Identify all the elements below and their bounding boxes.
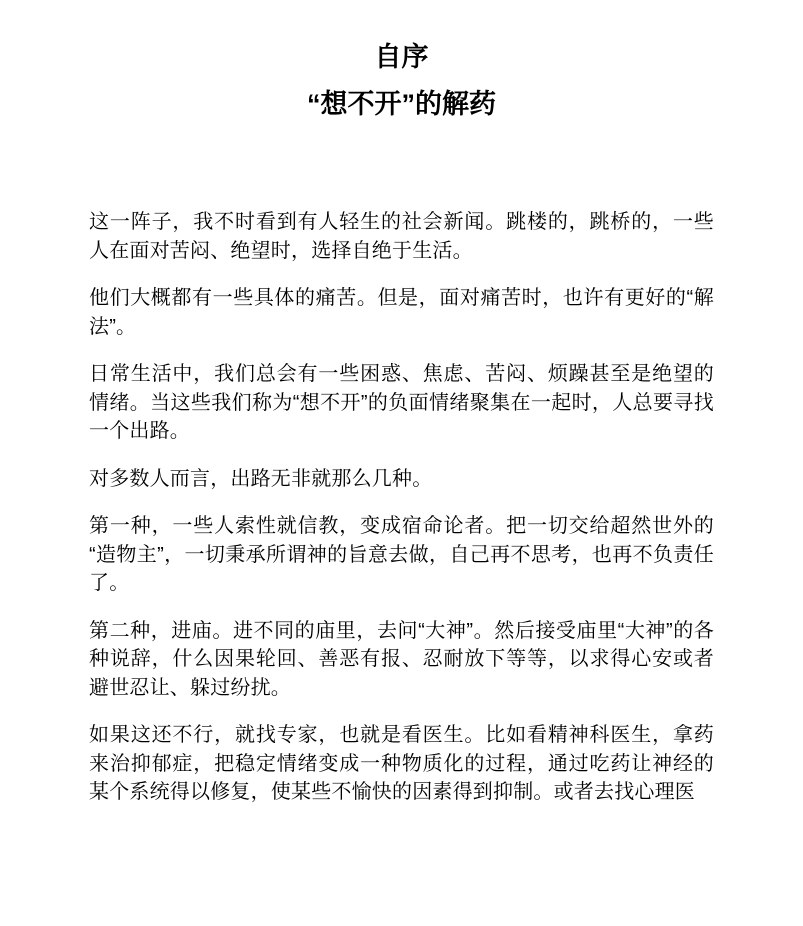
body-paragraph: 第一种，一些人索性就信教，变成宿命论者。把一切交给超然世外的“造物主”，一切秉承… (89, 512, 714, 598)
document-page: 自序 “想不开”的解药 这一阵子，我不时看到有人轻生的社会新闻。跳楼的，跳桥的，… (0, 0, 803, 926)
page-subtitle: “想不开”的解药 (89, 88, 714, 120)
body-paragraph: 日常生活中，我们总会有一些困惑、焦虑、苦闷、烦躁甚至是绝望的情绪。当这些我们称为… (89, 360, 714, 446)
page-title: 自序 (89, 41, 714, 73)
body-text: 这一阵子，我不时看到有人轻生的社会新闻。跳楼的，跳桥的，一些人在面对苦闷、绝望时… (89, 208, 714, 807)
body-paragraph: 对多数人而言，出路无非就那么几种。 (89, 465, 714, 494)
body-paragraph: 如果这还不行，就找专家，也就是看医生。比如看精神科医生，拿药来治抑郁症，把稳定情… (89, 721, 714, 807)
body-paragraph: 第二种，进庙。进不同的庙里，去问“大神”。然后接受庙里“大神”的各种说辞，什么因… (89, 617, 714, 703)
body-paragraph: 这一阵子，我不时看到有人轻生的社会新闻。跳楼的，跳桥的，一些人在面对苦闷、绝望时… (89, 208, 714, 265)
content-column: 自序 “想不开”的解药 这一阵子，我不时看到有人轻生的社会新闻。跳楼的，跳桥的，… (89, 0, 714, 807)
body-paragraph: 他们大概都有一些具体的痛苦。但是，面对痛苦时，也许有更好的“解法”。 (89, 284, 714, 341)
